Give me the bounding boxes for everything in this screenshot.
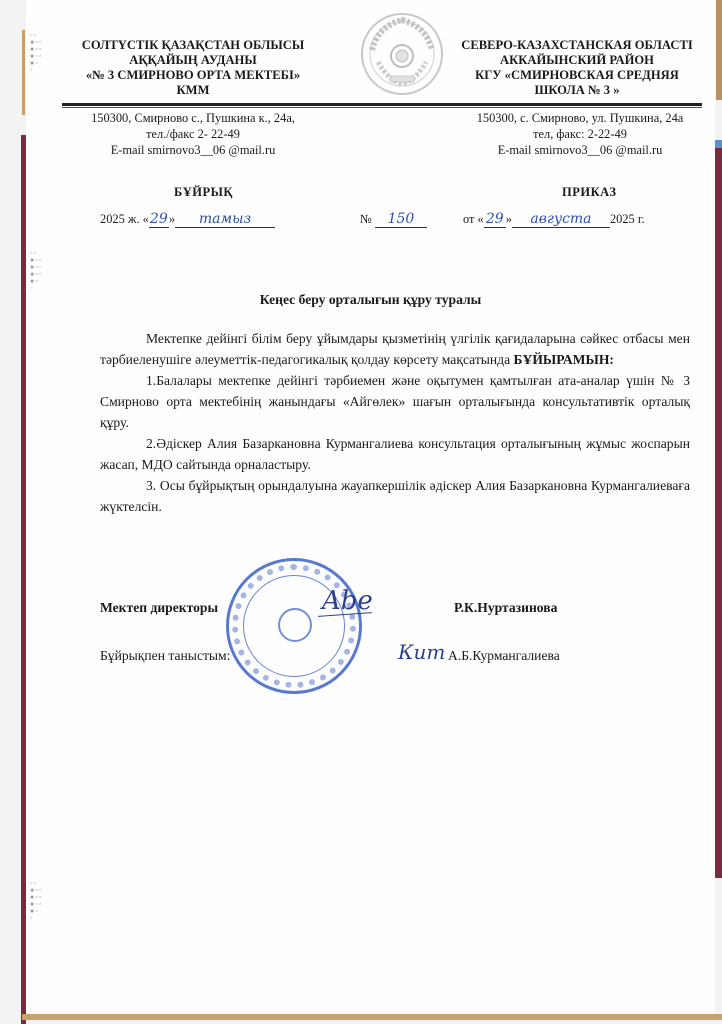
org-name-kazakh: СОЛТҮСТІК ҚАЗАҚСТАН ОБЛЫСЫ АҚҚАЙЫҢ АУДАН… [70, 38, 316, 98]
phone-line: тел, факс: 2-22-49 [446, 126, 714, 142]
frame-edge [714, 140, 722, 148]
doc-type-russian: ПРИКАЗ [562, 185, 616, 200]
date-prefix: от « [463, 212, 484, 226]
address-kazakh: 150300, Смирново с., Пушкина к., 24а, те… [62, 110, 324, 158]
address-line: 150300, с. Смирново, ул. Пушкина, 24а [446, 110, 714, 126]
acquainted-name: А.Б.Курмангалиева [448, 648, 560, 664]
frame-edge [22, 1014, 722, 1020]
phone-line: тел./факс 2- 22-49 [62, 126, 324, 142]
email-line: E-mail smirnovo3__06 @mail.ru [62, 142, 324, 158]
date-year: 2025 г. [610, 212, 645, 226]
binder-holes-icon: ◦◦●◦◦●◦◦●◦◦●◦◦ [30, 250, 46, 292]
date-day: 29 [484, 211, 506, 228]
date-russian: от «29»августа2025 г. [463, 211, 645, 228]
number-value: 150 [375, 211, 427, 228]
date-kazakh: 2025 ж. «29»тамыз [100, 211, 275, 228]
org-line: СОЛТҮСТІК ҚАЗАҚСТАН ОБЛЫСЫ [70, 38, 316, 53]
intro-paragraph: Мектепке дейінгі білім беру ұйымдары қыз… [100, 328, 690, 370]
org-name-russian: СЕВЕРО-КАЗАХСТАНСКАЯ ОБЛАСТІ АККАЙЫНСКИЙ… [442, 38, 712, 98]
org-line: АККАЙЫНСКИЙ РАЙОН [442, 53, 712, 68]
org-line: КММ [70, 83, 316, 98]
date-month: тамыз [175, 211, 275, 228]
binder-holes-icon: ◦◦●◦◦●◦◦●◦◦●◦◦ [30, 880, 46, 922]
order-item: 1.Балалары мектепке дейінгі тәрбиемен жә… [100, 370, 690, 433]
org-line: ШКОЛА № 3 » [442, 83, 712, 98]
header-divider [62, 103, 702, 106]
document-page: ◦◦●◦◦●◦◦●◦◦●◦◦ ◦◦●◦◦●◦◦●◦◦●◦◦ ◦◦●◦◦●◦◦●◦… [26, 0, 715, 1014]
date-prefix: 2025 ж. « [100, 212, 149, 226]
number-label: № [360, 212, 372, 226]
order-number: № 150 [360, 211, 427, 228]
org-line: «№ 3 СМИРНОВО ОРТА МЕКТЕБІ» [70, 68, 316, 83]
frame-edge [715, 148, 722, 878]
header-divider [62, 107, 702, 108]
document-title: Кеңес беру орталығын құру туралы [26, 292, 715, 308]
address-line: 150300, Смирново с., Пушкина к., 24а, [62, 110, 324, 126]
background-left [0, 0, 22, 1024]
state-emblem-icon [358, 10, 446, 98]
director-signature: Abe [322, 586, 373, 616]
org-line: СЕВЕРО-КАЗАХСТАНСКАЯ ОБЛАСТІ [442, 38, 712, 53]
address-russian: 150300, с. Смирново, ул. Пушкина, 24а те… [446, 110, 714, 158]
acquainted-signature: Кит [398, 640, 445, 664]
date-day: 29 [149, 211, 169, 228]
official-stamp [226, 558, 362, 694]
doc-type-kazakh: БҰЙРЫҚ [174, 185, 233, 200]
order-item: 2.Әдіскер Алия Базаркановна Курмангалиев… [100, 433, 690, 475]
order-keyword: БҰЙЫРАМЫН: [514, 352, 614, 367]
date-month: августа [512, 211, 610, 228]
order-item: 3. Осы бұйрықтың орындалуына жауапкершіл… [100, 475, 690, 517]
stamp-emblem-icon [278, 608, 312, 642]
org-line: КГУ «СМИРНОВСКАЯ СРЕДНЯЯ [442, 68, 712, 83]
director-name: Р.К.Нуртазинова [454, 600, 557, 616]
binder-holes-icon: ◦◦●◦◦●◦◦●◦◦●◦◦ [30, 32, 46, 74]
email-line: E-mail smirnovo3__06 @mail.ru [446, 142, 714, 158]
director-label: Мектеп директоры [100, 600, 218, 616]
frame-edge [22, 30, 25, 115]
frame-edge [716, 0, 722, 100]
org-line: АҚҚАЙЫҢ АУДАНЫ [70, 53, 316, 68]
document-body: Мектепке дейінгі білім беру ұйымдары қыз… [100, 328, 690, 517]
acquainted-label: Бұйрықпен таныстым: [100, 648, 230, 664]
